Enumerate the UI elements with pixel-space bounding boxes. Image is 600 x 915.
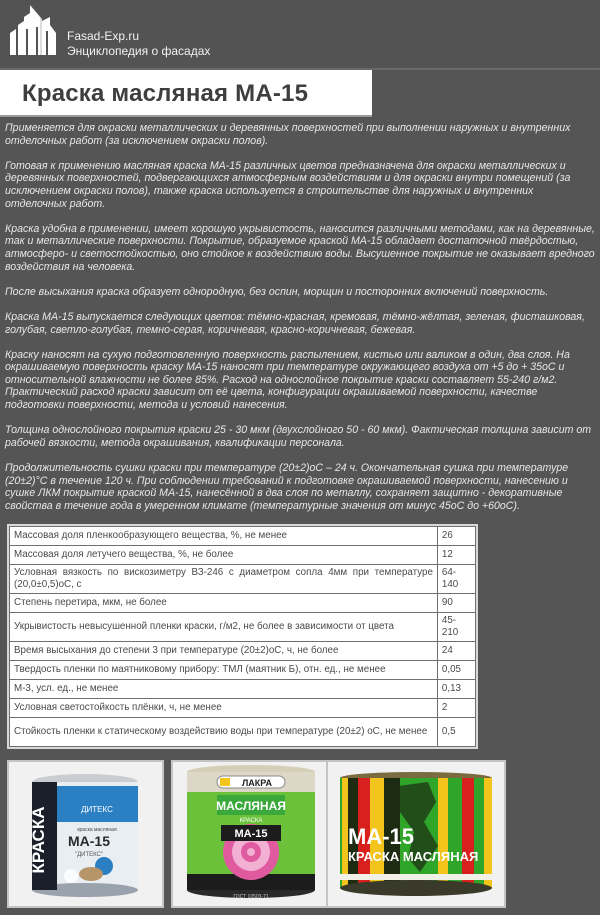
page-title-box: Краска масляная МА-15 xyxy=(0,70,372,117)
svg-text:МА-15: МА-15 xyxy=(348,824,414,849)
table-row: Массовая доля летучего вещества, %, не б… xyxy=(10,546,476,565)
svg-text:КРАСКА: КРАСКА xyxy=(240,818,263,824)
value-cell: 0,13 xyxy=(437,680,475,699)
spec-table: Массовая доля пленкообразующего вещества… xyxy=(9,526,476,747)
table-row: Твердость пленки по маятниковому прибору… xyxy=(10,661,476,680)
product-photo-ma15-stripes[interactable]: МА-15 КРАСКА МАСЛЯНАЯ xyxy=(326,760,506,908)
param-cell: Укрывистость невысушенной пленки краски,… xyxy=(10,613,438,642)
svg-text:"ДИТЕКС": "ДИТЕКС" xyxy=(75,852,103,858)
article-paragraph: После высыхания краска образует однородн… xyxy=(5,286,595,299)
table-row: Массовая доля пленкообразующего вещества… xyxy=(10,527,476,546)
param-cell: Степень перетира, мкм, не более xyxy=(10,594,438,613)
buildings-icon[interactable] xyxy=(6,3,62,59)
svg-text:МАСЛЯНАЯ: МАСЛЯНАЯ xyxy=(216,799,286,813)
article-paragraph: Готовая к применению масляная краска МА-… xyxy=(5,160,595,210)
article-body: Применяется для окраски металлических и … xyxy=(5,122,595,525)
product-photo-diteks[interactable]: КРАСКА ДИТЕКС краска масляная МА-15 "ДИТ… xyxy=(7,760,164,908)
svg-text:МА-15: МА-15 xyxy=(234,828,267,840)
paint-can-image: ЛАКРА МАСЛЯНАЯ КРАСКА МА-15 ГОСТ 10503-7… xyxy=(173,762,328,906)
table-row: Условная вязкость по вискозиметру ВЗ-246… xyxy=(10,565,476,594)
param-cell: Твердость пленки по маятниковому прибору… xyxy=(10,661,438,680)
param-cell: Время высыхания до степени 3 при темпера… xyxy=(10,642,438,661)
param-cell: Массовая доля пленкообразующего вещества… xyxy=(10,527,438,546)
value-cell: 12 xyxy=(437,546,475,565)
table-row: М-3, усл. ед., не менее 0,13 xyxy=(10,680,476,699)
article-paragraph: Толщина однослойного покрытия краски 25 … xyxy=(5,424,595,449)
site-name[interactable]: Fasad-Exp.ru xyxy=(67,29,139,43)
svg-text:КРАСКА МАСЛЯНАЯ: КРАСКА МАСЛЯНАЯ xyxy=(348,849,478,864)
value-cell: 2 xyxy=(437,699,475,718)
article-paragraph: Краску наносят на сухую подготовленную п… xyxy=(5,349,595,412)
svg-text:ГОСТ 10503-71: ГОСТ 10503-71 xyxy=(233,894,269,900)
table-row: Стойкость пленки к статическому воздейст… xyxy=(10,718,476,747)
article-paragraph: Краска удобна в применении, имеет хорошу… xyxy=(5,223,595,273)
value-cell: 90 xyxy=(437,594,475,613)
article-paragraph: Применяется для окраски металлических и … xyxy=(5,122,595,147)
param-cell: Условная светостойкость плёнки, ч, не ме… xyxy=(10,699,438,718)
svg-text:ДИТЕКС: ДИТЕКС xyxy=(81,805,113,814)
site-header: Fasad-Exp.ru Энциклопедия о фасадах xyxy=(0,0,600,68)
table-row: Укрывистость невысушенной пленки краски,… xyxy=(10,613,476,642)
value-cell: 64-140 xyxy=(437,565,475,594)
spec-table-frame: Массовая доля пленкообразующего вещества… xyxy=(7,524,478,749)
value-cell: 45-210 xyxy=(437,613,475,642)
article-paragraph: Краска МА-15 выпускается следующих цвето… xyxy=(5,311,595,336)
param-cell: М-3, усл. ед., не менее xyxy=(10,680,438,699)
value-cell: 0,05 xyxy=(437,661,475,680)
table-row: Степень перетира, мкм, не более 90 xyxy=(10,594,476,613)
value-cell: 26 xyxy=(437,527,475,546)
table-row: Время высыхания до степени 3 при темпера… xyxy=(10,642,476,661)
page-title: Краска масляная МА-15 xyxy=(22,80,308,108)
svg-text:КРАСКА: КРАСКА xyxy=(29,806,48,873)
site-tagline: Энциклопедия о фасадах xyxy=(67,44,210,58)
article-paragraph: Продолжительность сушки краски при темпе… xyxy=(5,462,595,512)
param-cell: Массовая доля летучего вещества, %, не б… xyxy=(10,546,438,565)
paint-can-image: КРАСКА ДИТЕКС краска масляная МА-15 "ДИТ… xyxy=(9,762,162,906)
table-row: Условная светостойкость плёнки, ч, не ме… xyxy=(10,699,476,718)
value-cell: 24 xyxy=(437,642,475,661)
param-cell: Стойкость пленки к статическому воздейст… xyxy=(10,718,438,747)
product-gallery: КРАСКА ДИТЕКС краска масляная МА-15 "ДИТ… xyxy=(0,755,600,915)
product-photo-lakra[interactable]: ЛАКРА МАСЛЯНАЯ КРАСКА МА-15 ГОСТ 10503-7… xyxy=(171,760,330,908)
svg-text:ЛАКРА: ЛАКРА xyxy=(242,778,273,788)
paint-can-image: МА-15 КРАСКА МАСЛЯНАЯ xyxy=(328,762,504,906)
value-cell: 0,5 xyxy=(437,718,475,747)
param-cell: Условная вязкость по вискозиметру ВЗ-246… xyxy=(10,565,438,594)
svg-text:МА-15: МА-15 xyxy=(68,833,110,849)
